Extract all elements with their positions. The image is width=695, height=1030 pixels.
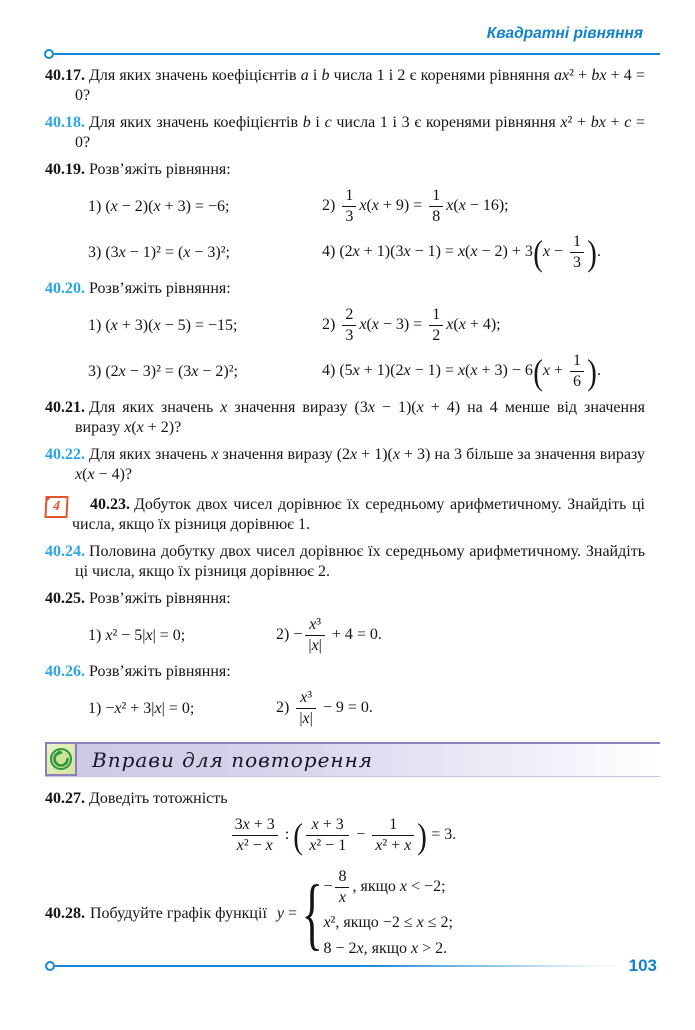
problem-text: Доведіть тотожність: [89, 790, 228, 807]
problem-number: 40.20.: [45, 280, 85, 297]
repeat-icon: [45, 742, 77, 776]
equation-row: 1) −x² + 3|x| = 0;2) x³|x| − 9 = 0.: [88, 689, 660, 728]
chapter-title: Квадратні рівняння: [487, 25, 643, 42]
problem-text: Для яких значень коефіцієнтів b і c числ…: [75, 114, 645, 151]
equation-item-1: 1) x² − 5|x| = 0;: [88, 626, 276, 646]
equation-row: 1) (x + 3)(x − 5) = −15;2) 23x(x − 3) = …: [88, 306, 660, 345]
problem-40-25: 40.25.Розв’яжіть рівняння:: [45, 589, 645, 609]
difficulty-flag-icon: 4: [44, 496, 68, 518]
piecewise-cases: −8x, якщо x < −2; x², якщо −2 ≤ x ≤ 2; 8…: [323, 865, 453, 962]
problem-40-18: 40.18.Для яких значень коефіцієнтів b і …: [45, 113, 645, 153]
header-rule: [54, 53, 660, 55]
problem-text: Розв’яжіть рівняння:: [89, 590, 231, 607]
problem-number: 40.21.: [45, 399, 85, 416]
problem-number: 40.22.: [45, 446, 85, 463]
problem-40-20: 40.20.Розв’яжіть рівняння:: [45, 279, 645, 299]
problem-number: 40.18.: [45, 114, 85, 131]
problem-40-19: 40.19.Розв’яжіть рівняння:: [45, 160, 645, 180]
problem-40-23: 4 40.23.Добуток двох чисел дорівнює їх с…: [45, 495, 645, 535]
cases-brace: {: [302, 876, 323, 952]
identity-equation: 3x + 3x² − x : (x + 3x² − 1 − 1x² + x) =…: [45, 816, 640, 855]
problem-40-28: 40.28. Побудуйте графік функції y = { −8…: [45, 865, 660, 962]
problem-number: 40.17.: [45, 67, 85, 84]
problem-text: Побудуйте графік функції: [90, 904, 267, 924]
problem-40-24: 40.24.Половина добутку двох чисел дорівн…: [45, 542, 645, 582]
page-header: Квадратні рівняння: [0, 24, 643, 44]
equation-item-4: 4) (2x + 1)(3x − 1) = x(x − 2) + 3(x − 1…: [322, 233, 601, 272]
problem-40-27: 40.27.Доведіть тотожність: [45, 789, 645, 809]
equation-row: 3) (3x − 1)² = (x − 3)²;4) (2x + 1)(3x −…: [88, 233, 660, 272]
equation-row: 1) (x − 2)(x + 3) = −6;2) 13x(x + 9) = 1…: [88, 187, 660, 226]
problem-text: Добуток двох чисел дорівнює їх середньом…: [72, 496, 645, 533]
page-number: 103: [629, 956, 657, 976]
problem-number: 40.26.: [45, 663, 85, 680]
equation-row: 1) x² − 5|x| = 0;2) −x³|x| + 4 = 0.: [88, 616, 660, 655]
problem-number: 40.23.: [90, 496, 130, 513]
exercises-content: 40.17.Для яких значень коефіцієнтів a і …: [0, 55, 695, 962]
equation-item-3: 3) (3x − 1)² = (x − 3)²;: [88, 243, 322, 263]
problem-40-17: 40.17.Для яких значень коефіцієнтів a і …: [45, 66, 645, 106]
function-lead: y =: [277, 904, 297, 924]
equation-item-2: 2) x³|x| − 9 = 0.: [276, 689, 373, 728]
problem-40-22: 40.22.Для яких значень x значення виразу…: [45, 445, 645, 485]
problem-text: Розв’яжіть рівняння:: [89, 280, 231, 297]
footer-rule: [55, 965, 617, 967]
problem-text: Розв’яжіть рівняння:: [89, 161, 231, 178]
equation-item-1: 1) (x − 2)(x + 3) = −6;: [88, 197, 322, 217]
equation-item-2: 2) −x³|x| + 4 = 0.: [276, 616, 382, 655]
problem-40-26: 40.26.Розв’яжіть рівняння:: [45, 662, 645, 682]
problem-text: Для яких значень коефіцієнтів a і b числ…: [75, 67, 645, 104]
equation-item-4: 4) (5x + 1)(2x − 1) = x(x + 3) − 6(x + 1…: [322, 352, 601, 391]
equation-item-1: 1) (x + 3)(x − 5) = −15;: [88, 316, 322, 336]
equation-item-2: 2) 13x(x + 9) = 18x(x − 16);: [322, 187, 509, 226]
equation-item-1: 1) −x² + 3|x| = 0;: [88, 699, 276, 719]
equation-item-2: 2) 23x(x − 3) = 12x(x + 4);: [322, 306, 501, 345]
problem-40-21: 40.21.Для яких значень x значення виразу…: [45, 398, 645, 438]
problem-number: 40.27.: [45, 790, 85, 807]
problem-text: Половина добутку двох чисел дорівнює їх …: [75, 543, 645, 580]
problem-number: 40.24.: [45, 543, 85, 560]
problem-number: 40.19.: [45, 161, 85, 178]
equation-row: 3) (2x − 3)² = (3x − 2)²;4) (5x + 1)(2x …: [88, 352, 660, 391]
review-exercises-banner: Вправи для повторення: [45, 742, 660, 777]
page-footer: 103: [45, 956, 657, 976]
problem-text: Для яких значень x значення виразу (2x +…: [75, 446, 645, 483]
problem-text: Для яких значень x значення виразу (3x −…: [75, 399, 645, 436]
equation-item-3: 3) (2x − 3)² = (3x − 2)²;: [88, 362, 322, 382]
problem-text: Розв’яжіть рівняння:: [89, 663, 231, 680]
problem-number: 40.25.: [45, 590, 85, 607]
textbook-page: Квадратні рівняння 40.17.Для яких значен…: [0, 0, 695, 1030]
equation: 3x + 3x² − x : (x + 3x² − 1 − 1x² + x) =…: [229, 826, 457, 843]
case-line-2: x², якщо −2 ≤ x ≤ 2;: [323, 913, 453, 933]
problem-number: 40.28.: [45, 904, 85, 924]
case-line-1: −8x, якщо x < −2;: [323, 868, 453, 907]
banner-title: Вправи для повторення: [92, 750, 373, 770]
